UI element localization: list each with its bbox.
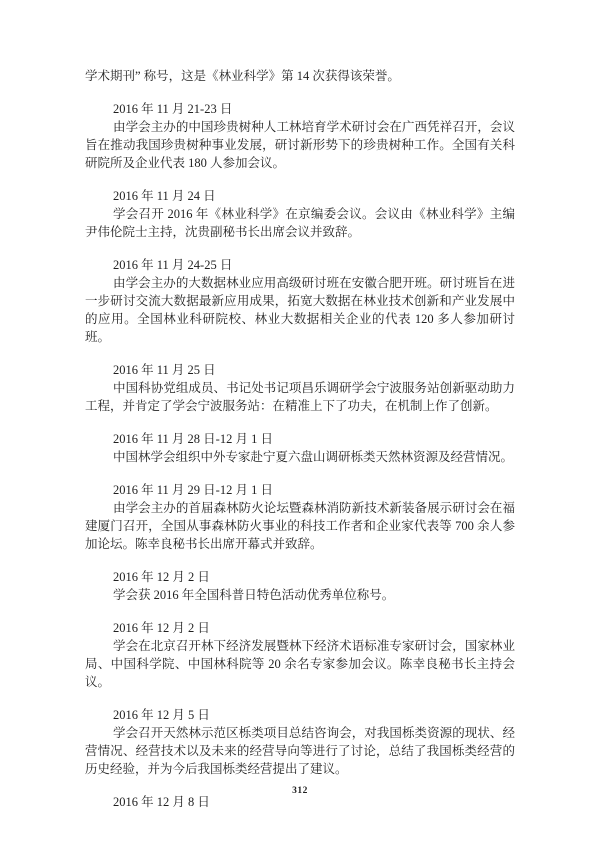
event-date: 2016 年 11 月 21-23 日 — [85, 100, 515, 118]
event-date: 2016 年 11 月 25 日 — [85, 361, 515, 379]
event-date: 2016 年 11 月 28 日-12 月 1 日 — [85, 430, 515, 448]
event-date: 2016 年 12 月 2 日 — [85, 568, 515, 586]
event-date: 2016 年 11 月 29 日-12 月 1 日 — [85, 481, 515, 499]
event-entry: 2016 年 11 月 25 日 中国科协党组成员、书记处书记项昌乐调研学会宁波… — [85, 361, 515, 415]
event-entry: 2016 年 11 月 24 日 学会召开 2016 年《林业科学》在京编委会议… — [85, 187, 515, 241]
event-entry: 2016 年 11 月 24-25 日 由学会主办的大数据林业应用高级研讨班在安… — [85, 256, 515, 346]
event-text: 中国林学会组织中外专家赴宁夏六盘山调研栎类天然林资源及经营情况。 — [85, 448, 515, 466]
events-list: 2016 年 11 月 21-23 日 由学会主办的中国珍贵树种人工林培育学术研… — [85, 100, 515, 811]
event-text: 由学会主办的大数据林业应用高级研讨班在安徽合肥开班。研讨班旨在进一步研讨交流大数… — [85, 274, 515, 346]
event-text: 学会召开 2016 年《林业科学》在京编委会议。会议由《林业科学》主编尹伟伦院士… — [85, 205, 515, 241]
event-date: 2016 年 12 月 5 日 — [85, 706, 515, 724]
page-number: 312 — [0, 786, 600, 796]
event-date: 2016 年 11 月 24 日 — [85, 187, 515, 205]
event-text: 学会召开天然林示范区栎类项目总结咨询会，对我国栎类资源的现状、经营情况、经营技术… — [85, 724, 515, 778]
event-entry: 2016 年 12 月 2 日 学会获 2016 年全国科普日特色活动优秀单位称… — [85, 568, 515, 604]
document-page: 学术期刊” 称号，这是《林业科学》第 14 次获得该荣誉。 2016 年 11 … — [0, 0, 600, 848]
event-date: 2016 年 12 月 2 日 — [85, 619, 515, 637]
event-entry: 2016 年 11 月 29 日-12 月 1 日 由学会主办的首届森林防火论坛… — [85, 481, 515, 553]
event-entry: 2016 年 11 月 28 日-12 月 1 日 中国林学会组织中外专家赴宁夏… — [85, 430, 515, 466]
event-text: 学会在北京召开林下经济发展暨林下经济术语标准专家研讨会，国家林业局、中国科学院、… — [85, 637, 515, 691]
event-text: 由学会主办的首届森林防火论坛暨森林消防新技术新装备展示研讨会在福建厦门召开，全国… — [85, 499, 515, 553]
event-text: 中国科协党组成员、书记处书记项昌乐调研学会宁波服务站创新驱动助力工程，并肯定了学… — [85, 379, 515, 415]
event-text: 由学会主办的中国珍贵树种人工林培育学术研讨会在广西凭祥召开，会议旨在推动我国珍贵… — [85, 118, 515, 172]
event-text: 学会获 2016 年全国科普日特色活动优秀单位称号。 — [85, 586, 515, 604]
event-entry: 2016 年 12 月 2 日 学会在北京召开林下经济发展暨林下经济术语标准专家… — [85, 619, 515, 691]
continuation-paragraph: 学术期刊” 称号，这是《林业科学》第 14 次获得该荣誉。 — [85, 67, 515, 85]
event-entry: 2016 年 12 月 5 日 学会召开天然林示范区栎类项目总结咨询会，对我国栎… — [85, 706, 515, 778]
event-entry: 2016 年 11 月 21-23 日 由学会主办的中国珍贵树种人工林培育学术研… — [85, 100, 515, 172]
event-date: 2016 年 11 月 24-25 日 — [85, 256, 515, 274]
